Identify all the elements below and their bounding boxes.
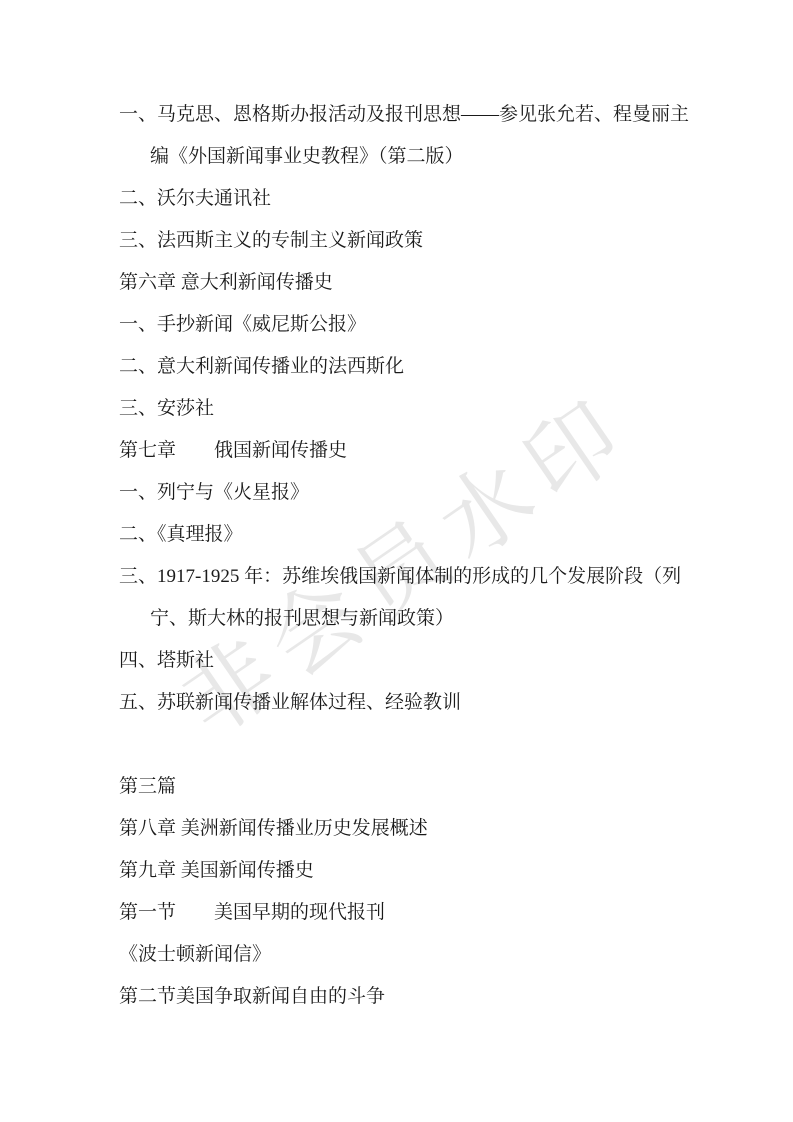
document-line: 一、手抄新闻《威尼斯公报》 [119,304,779,346]
document-line: 编《外国新闻事业史教程》（第二版） [119,136,779,178]
document-line: 三、安莎社 [119,388,779,430]
document-line: 第九章 美国新闻传播史 [119,850,779,892]
document-line [119,724,779,766]
document-line: 四、塔斯社 [119,640,779,682]
document-line: 三、法西斯主义的专制主义新闻政策 [119,220,779,262]
document-content: 一、马克思、恩格斯办报活动及报刊思想——参见张允若、程曼丽主编《外国新闻事业史教… [119,94,779,1018]
document-line: 二、沃尔夫通讯社 [119,178,779,220]
document-line: 第三篇 [119,766,779,808]
document-line: 一、马克思、恩格斯办报活动及报刊思想——参见张允若、程曼丽主 [119,94,779,136]
document-line: 第六章 意大利新闻传播史 [119,262,779,304]
document-line: 宁、斯大林的报刊思想与新闻政策） [119,598,779,640]
document-line: 第一节 美国早期的现代报刊 [119,892,779,934]
document-line: 五、苏联新闻传播业解体过程、经验教训 [119,682,779,724]
document-page: 非会员水印 一、马克思、恩格斯办报活动及报刊思想——参见张允若、程曼丽主编《外国… [0,0,793,1122]
document-line: 一、列宁与《火星报》 [119,472,779,514]
document-line: 第七章 俄国新闻传播史 [119,430,779,472]
document-line: 第二节美国争取新闻自由的斗争 [119,976,779,1018]
document-line: 三、1917-1925 年：苏维埃俄国新闻体制的形成的几个发展阶段（列 [119,556,779,598]
document-line: 二、《真理报》 [119,514,779,556]
document-line: 《波士顿新闻信》 [119,934,779,976]
document-line: 二、意大利新闻传播业的法西斯化 [119,346,779,388]
document-line: 第八章 美洲新闻传播业历史发展概述 [119,808,779,850]
